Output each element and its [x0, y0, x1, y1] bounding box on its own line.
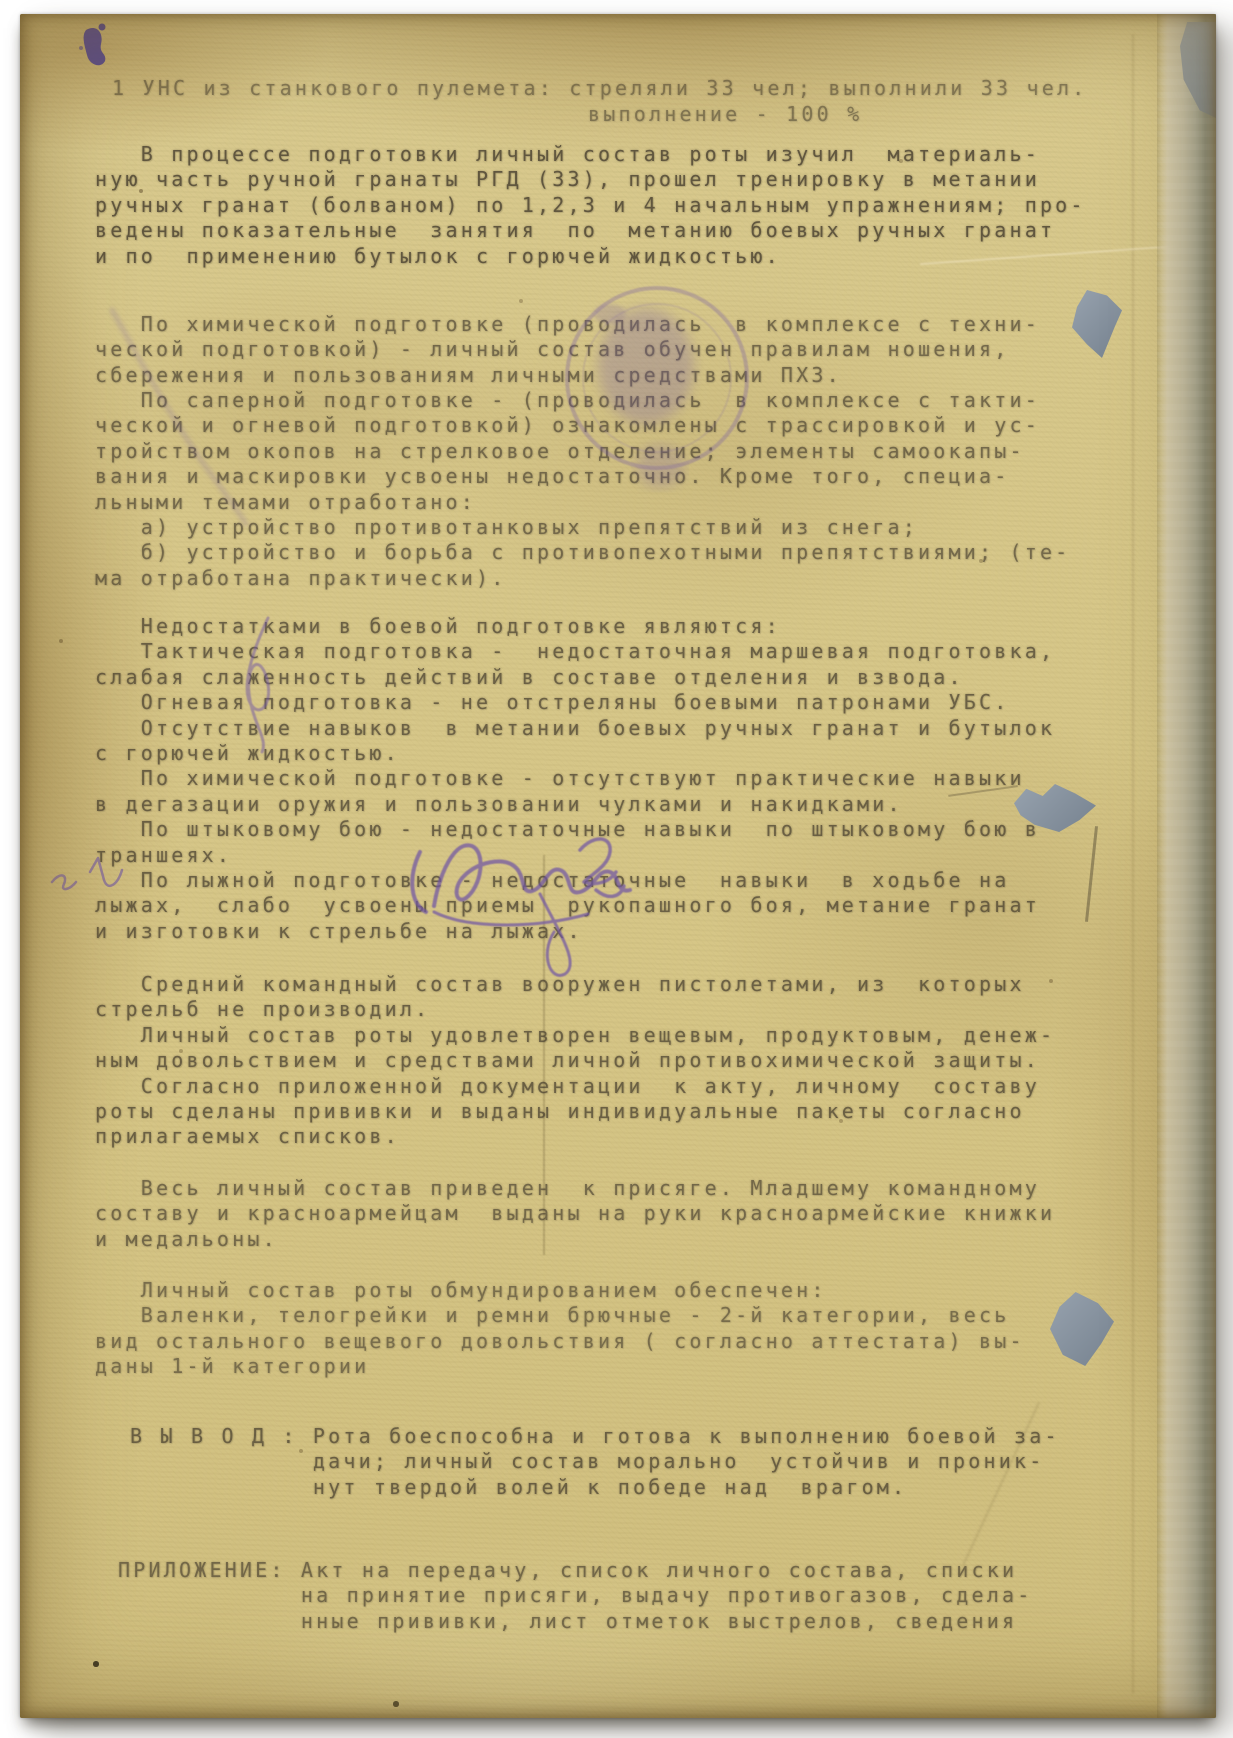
scan-background: 1 УНС из станкового пулемета: стреляли 3… [0, 0, 1233, 1738]
paragraph-oath: Весь личный состав приведен к присяге. М… [95, 1176, 1055, 1252]
attachment-block: ПРИЛОЖЕНИЕ: Акт на передачу, список личн… [118, 1558, 1032, 1634]
conclusion-block: В Ы В О Д : Рота боеспособна и готова к … [130, 1424, 1060, 1500]
paper-crack [1085, 826, 1098, 922]
paper-tear [1050, 1292, 1114, 1366]
paragraph-supply: Средний командный состав вооружен пистол… [95, 972, 1055, 1150]
corner-ink-blot [79, 24, 106, 66]
header-line-shooting-results: 1 УНС из станкового пулемета: стреляли 3… [112, 76, 1087, 101]
binding-tape-strip [1157, 14, 1216, 1718]
paragraph-shortcomings: Недостатками в боевой подготовке являютс… [95, 614, 1055, 944]
paper-tear [1072, 290, 1122, 358]
paragraph-chemical-training: По химической подготовке (проводилась в … [95, 312, 1040, 388]
document-page: 1 УНС из станкового пулемета: стреляли 3… [20, 14, 1216, 1718]
paragraph-training-grenades: В процессе подготовки личный состав роты… [95, 142, 1086, 269]
paragraph-sapper-training: По саперной подготовке - (проводилась в … [95, 388, 1070, 591]
dirt-specks [20, 14, 22, 16]
fold-crease [1132, 34, 1134, 1694]
paragraph-uniforms: Личный состав роты обмундированием обесп… [95, 1278, 1025, 1380]
header-line-completion: выполнение - 100 % [588, 102, 862, 127]
